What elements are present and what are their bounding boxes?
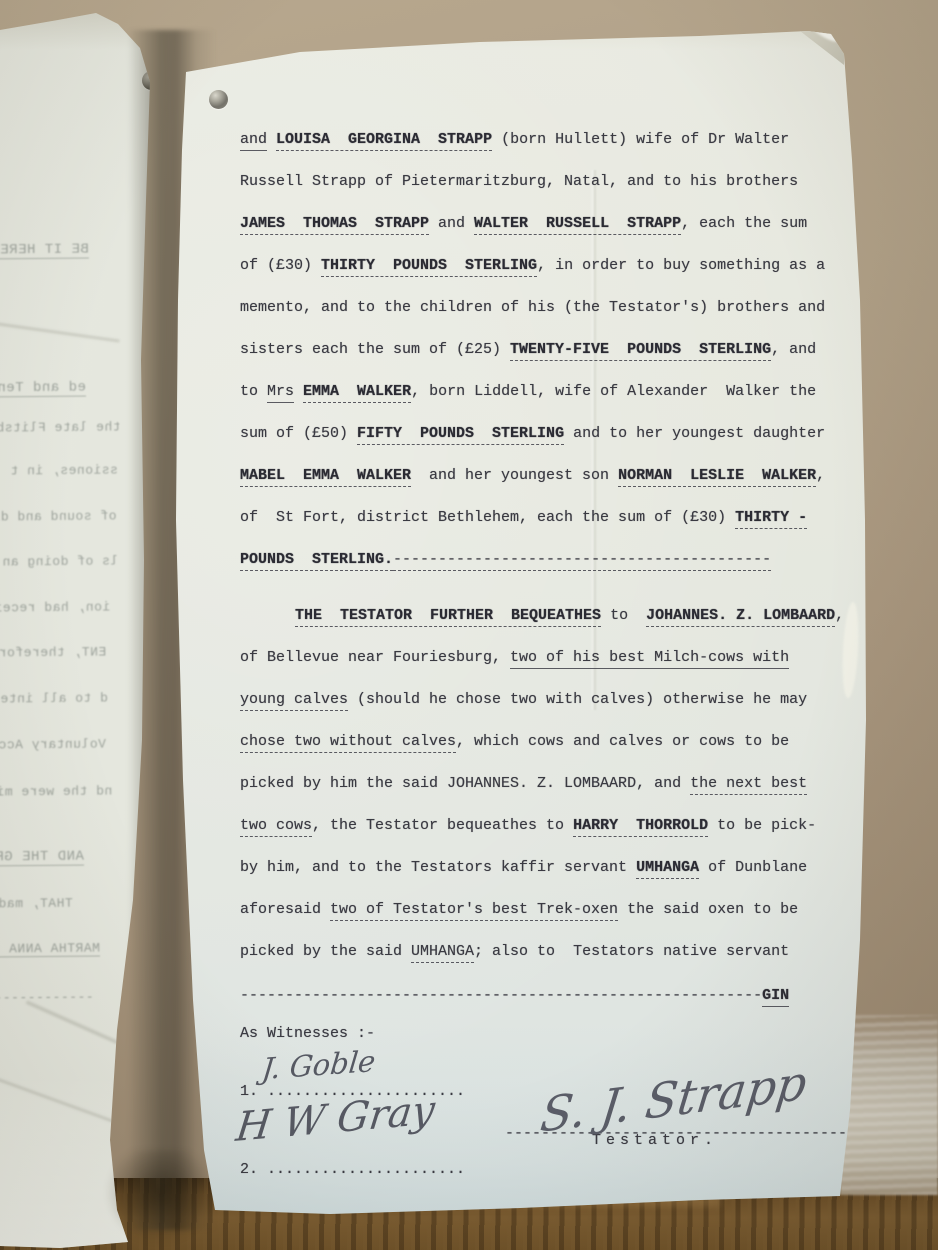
text-segment: to be pick- bbox=[708, 817, 816, 834]
text-segment: two of his best Milch-cows with bbox=[510, 649, 789, 669]
text-segment: and her youngest son bbox=[411, 467, 618, 484]
text-segment: , which cows and calves or cows to be bbox=[456, 733, 789, 750]
text-line: of Bellevue near Fouriesburg, two of his… bbox=[240, 648, 789, 668]
text-segment: THIRTY POUNDS STERLING bbox=[321, 257, 537, 277]
ghost-text-line: of sound and di bbox=[0, 508, 117, 524]
text-segment: As Witnesses :- bbox=[240, 1025, 375, 1042]
text-segment: WALTER RUSSELL STRAPP bbox=[474, 215, 681, 235]
text-segment: THIRTY - bbox=[735, 509, 807, 529]
text-segment: the said oxen to be bbox=[618, 901, 798, 918]
witness-dotted-line: 2. ...................... bbox=[240, 1160, 465, 1180]
text-segment: picked by him the said JOHANNES. Z. LOMB… bbox=[240, 775, 690, 792]
ghost-text-line: ion, had recei bbox=[0, 599, 110, 615]
text-line: to Mrs EMMA WALKER, born Liddell, wife o… bbox=[240, 382, 816, 402]
text-segment: ; also to Testators native servant bbox=[474, 943, 789, 960]
text-segment: MABEL EMMA WALKER bbox=[240, 467, 411, 487]
text-line: sum of (£50) FIFTY POUNDS STERLING and t… bbox=[240, 424, 825, 444]
text-line: JAMES THOMAS STRAPP and WALTER RUSSELL S… bbox=[240, 214, 807, 234]
text-segment: Russell Strapp of Pietermaritzburg, Nata… bbox=[240, 173, 798, 190]
text-line: Russell Strapp of Pietermaritzburg, Nata… bbox=[240, 172, 798, 192]
text-segment: (born Hullett) wife of Dr Walter bbox=[492, 131, 789, 148]
text-segment: , in order to buy something as a bbox=[537, 257, 825, 274]
text-segment: and bbox=[240, 131, 267, 151]
text-segment: of St Fort, district Bethlehem, each the… bbox=[240, 509, 735, 526]
text-segment: by him, and to the Testators kaffir serv… bbox=[240, 859, 636, 876]
ghost-text-line: d to all inte bbox=[0, 691, 108, 707]
text-segment: two cows bbox=[240, 817, 312, 837]
text-segment: the next best bbox=[690, 775, 807, 795]
text-segment: and bbox=[429, 215, 474, 232]
text-line: of (£30) THIRTY POUNDS STERLING, in orde… bbox=[240, 256, 825, 276]
photo-of-typewritten-will-page: BE IT HEREBYed and Ten,the late Flitsbss… bbox=[0, 0, 938, 1250]
text-line: THE TESTATOR FURTHER BEQUEATHES to JOHAN… bbox=[295, 606, 844, 626]
text-segment: POUNDS STERLING. bbox=[240, 551, 393, 571]
text-line: by him, and to the Testators kaffir serv… bbox=[240, 858, 807, 878]
text-line: picked by the said UMHANGA; also to Test… bbox=[240, 942, 789, 962]
ghost-text-line: ENT, therefore bbox=[0, 644, 106, 660]
text-line: of St Fort, district Bethlehem, each the… bbox=[240, 508, 807, 528]
text-segment: HARRY THORROLD bbox=[573, 817, 708, 837]
text-segment: , and bbox=[771, 341, 816, 358]
text-line: MABEL EMMA WALKER and her youngest son N… bbox=[240, 466, 825, 486]
text-line: and LOUISA GEORGINA STRAPP (born Hullett… bbox=[240, 130, 789, 150]
text-segment bbox=[294, 383, 303, 400]
ghost-text-line: ------------ bbox=[0, 990, 94, 1006]
text-segment: UMHANGA bbox=[636, 859, 699, 879]
ghost-text-line: THAT, mad bbox=[0, 896, 73, 912]
text-segment: JAMES THOMAS STRAPP bbox=[240, 215, 429, 235]
text-segment bbox=[267, 131, 276, 148]
text-segment: of Bellevue near Fouriesburg, bbox=[240, 649, 510, 666]
text-segment: JOHANNES. Z. LOMBAARD bbox=[646, 607, 835, 627]
text-segment: UMHANGA bbox=[411, 943, 474, 963]
text-line: sisters each the sum of (£25) TWENTY-FIV… bbox=[240, 340, 816, 360]
ghost-text-line: Voluntary Acc bbox=[0, 737, 106, 753]
text-segment: memento, and to the children of his (the… bbox=[240, 299, 825, 316]
punch-hole-main-page bbox=[209, 90, 228, 109]
page-gap-shadow-bottom bbox=[105, 1150, 215, 1245]
text-segment: GIN bbox=[762, 987, 789, 1007]
text-segment: of (£30) bbox=[240, 257, 321, 274]
ghost-text-line: nd the were mi bbox=[0, 783, 112, 799]
text-segment: of Dunblane bbox=[699, 859, 807, 876]
text-segment: , each the sum bbox=[681, 215, 807, 232]
text-line: ----------------------------------------… bbox=[240, 986, 789, 1006]
text-line: chose two without calves, which cows and… bbox=[240, 732, 789, 752]
text-segment: sisters each the sum of (£25) bbox=[240, 341, 510, 358]
text-line: two cows, the Testator bequeathes to HAR… bbox=[240, 816, 816, 836]
text-segment: and to her youngest daughter bbox=[564, 425, 825, 442]
ghost-text-line: ls of doing an bbox=[2, 553, 118, 569]
ghost-text-line: AND THE GRA bbox=[0, 849, 84, 867]
text-segment: chose two without calves bbox=[240, 733, 456, 753]
text-segment: FIFTY POUNDS STERLING bbox=[357, 425, 564, 445]
text-segment: TWENTY-FIVE POUNDS STERLING bbox=[510, 341, 771, 361]
text-segment: (should he chose two with calves) otherw… bbox=[348, 691, 807, 708]
text-line: POUNDS STERLING.------------------------… bbox=[240, 550, 771, 570]
text-line: As Witnesses :- bbox=[240, 1024, 375, 1044]
text-segment: sum of (£50) bbox=[240, 425, 357, 442]
ghost-text-line: MARTHA ANNA , bbox=[0, 941, 100, 958]
ghost-text-line: ed and Ten, bbox=[0, 380, 86, 398]
text-segment: EMMA WALKER bbox=[303, 383, 411, 403]
text-segment: aforesaid bbox=[240, 901, 330, 918]
text-line: memento, and to the children of his (the… bbox=[240, 298, 825, 318]
text-segment: to bbox=[240, 383, 267, 400]
text-segment: , bbox=[835, 607, 844, 624]
text-segment: , the Testator bequeathes to bbox=[312, 817, 573, 834]
text-segment: THE TESTATOR FURTHER BEQUEATHES bbox=[295, 607, 601, 627]
text-line: picked by him the said JOHANNES. Z. LOMB… bbox=[240, 774, 807, 794]
text-segment: ----------------------------------------… bbox=[393, 551, 771, 571]
text-segment: ----------------------------------------… bbox=[240, 987, 762, 1004]
background-wall-patch bbox=[840, 1015, 938, 1195]
ghost-text-line: the late Flitsb bbox=[0, 419, 121, 435]
text-segment: two of Testator's best Trek-oxen bbox=[330, 901, 618, 921]
text-line: aforesaid two of Testator's best Trek-ox… bbox=[240, 900, 798, 920]
text-segment: Mrs bbox=[267, 383, 294, 403]
text-segment: young calves bbox=[240, 691, 348, 711]
ghost-text-line: BE IT HEREBY bbox=[0, 242, 89, 260]
text-segment: , born Liddell, wife of Alexander Walker… bbox=[411, 383, 816, 400]
text-segment: picked by the said bbox=[240, 943, 411, 960]
text-segment: NORMAN LESLIE WALKER bbox=[618, 467, 816, 487]
text-line: young calves (should he chose two with c… bbox=[240, 690, 807, 710]
text-segment: , bbox=[816, 467, 825, 484]
text-segment: LOUISA GEORGINA STRAPP bbox=[276, 131, 492, 151]
ghost-text-line: ssiones, in t bbox=[10, 463, 118, 479]
text-segment: to bbox=[601, 607, 646, 624]
